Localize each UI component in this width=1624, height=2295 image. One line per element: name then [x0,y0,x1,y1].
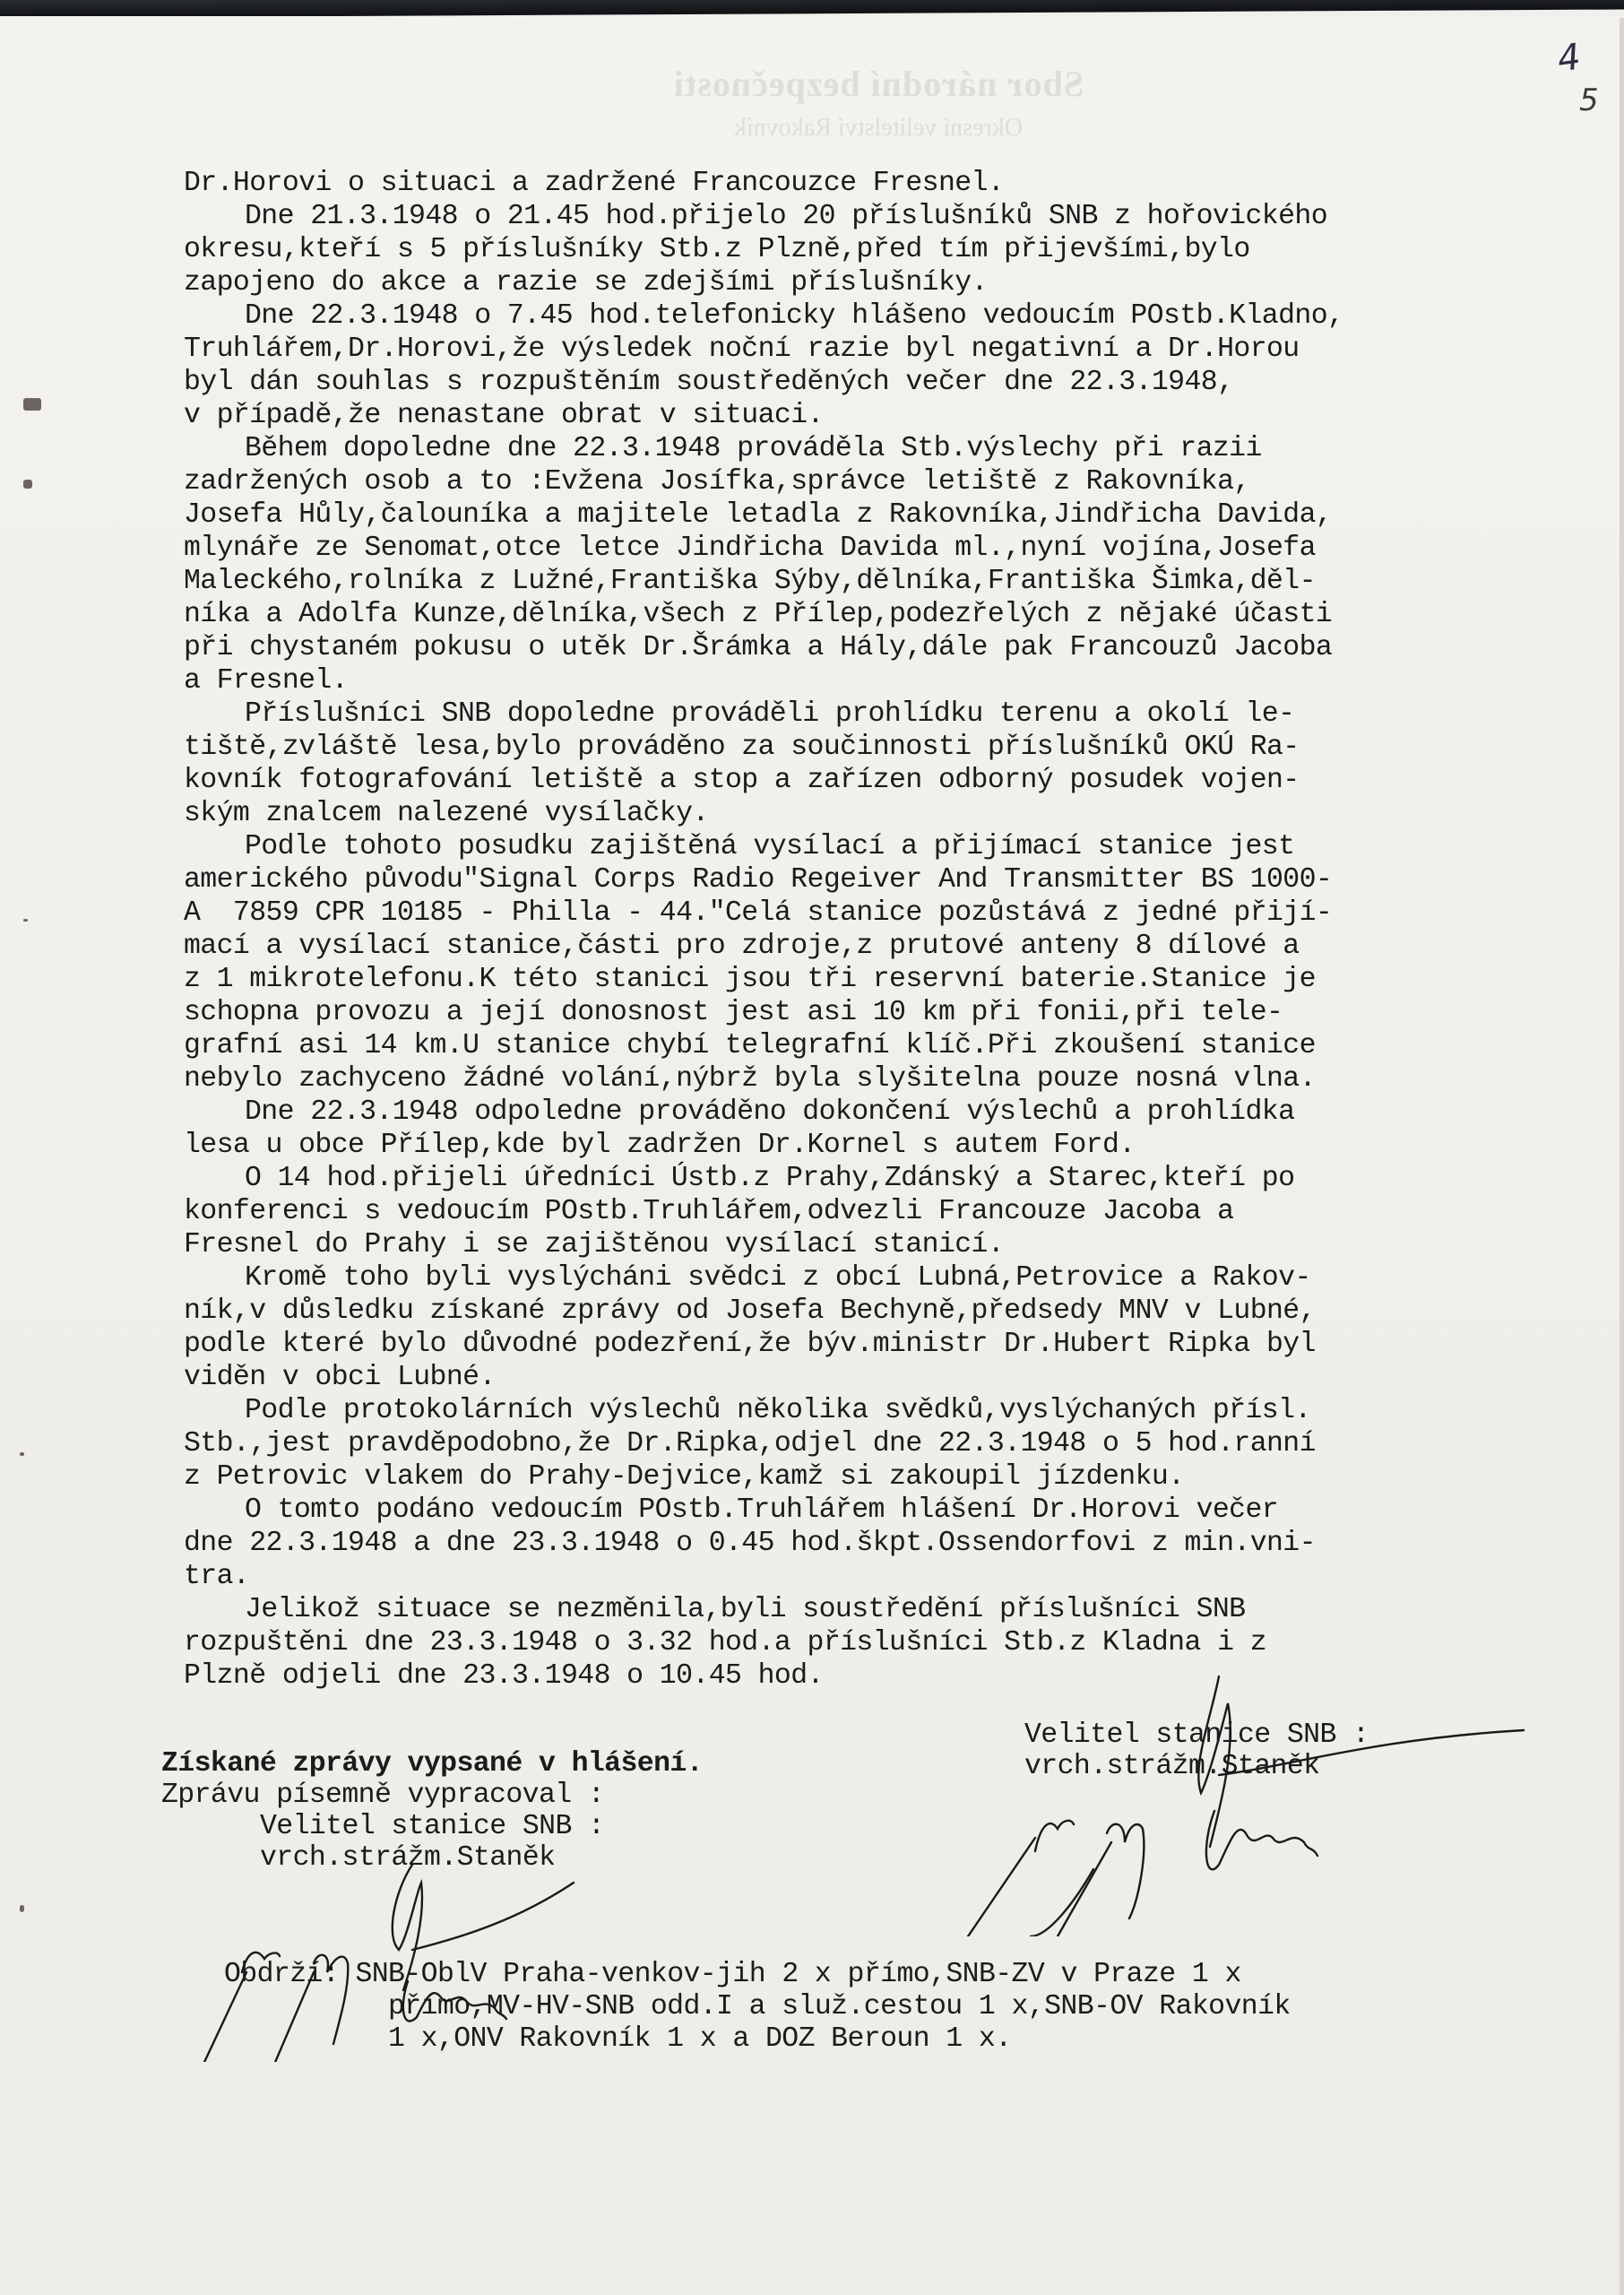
body-line: schopna provozu a její donosnost jest as… [184,996,1582,1029]
body-line: zapojeno do akce a razie se zdejšími pří… [184,266,1582,299]
body-line: dne 22.3.1948 a dne 23.3.1948 o 0.45 hod… [184,1527,1582,1560]
body-line: okresu,kteří s 5 příslušníky Stb.z Plzně… [184,233,1582,266]
body-line: grafní asi 14 km.U stanice chybí telegra… [184,1029,1582,1062]
body-line: A 7859 CPR 10185 - Philla - 44."Celá sta… [184,896,1582,930]
body-line: konferenci s vedoucím POstb.Truhlářem,od… [184,1195,1582,1228]
recipients-label: Obdrží: [224,1959,339,1990]
body-line: Josefa Hůly,čalouníka a majitele letadla… [184,498,1582,532]
body-line: mací a vysílací stanice,části pro zdroje… [184,930,1582,963]
body-line: Maleckého,rolníka z Lužné,Františka Sýby… [184,565,1582,598]
body-line: viděn v obci Lubné. [184,1361,1582,1394]
body-line: Jelikož situace se nezměnila,byli soustř… [184,1593,1582,1626]
signatory-name: vrch.strážm.Staněk [1024,1751,1369,1782]
body-line: Dne 21.3.1948 o 21.45 hod.přijelo 20 pří… [184,200,1582,233]
report-note: Získané zprávy vypsané v hlášení. [161,1748,703,1780]
body-line: ským znalcem nalezené vysílačky. [184,797,1582,830]
recipients-line-2: přímo,MV-HV-SNB odd.I a služ.cestou 1 x,… [224,1991,1291,2023]
body-line: a Fresnel. [184,664,1582,697]
body-line: amerického původu"Signal Corps Radio Reg… [184,863,1582,896]
body-line: tiště,zvláště lesa,bylo prováděno za sou… [184,731,1582,764]
body-line: Dr.Horovi o situaci a zadržené Francouzc… [184,167,1582,200]
scanner-top-edge [0,0,1624,18]
recipients-line-3: 1 x,ONV Rakovník 1 x a DOZ Beroun 1 x. [224,2023,1291,2056]
faded-stamp: Sbor národní bezpečnosti Okresní velitel… [627,63,1129,143]
report-body: Dr.Horovi o situaci a zadržené Francouzc… [184,167,1582,1693]
body-line: při chystaném pokusu o utěk Dr.Šrámka a … [184,631,1582,664]
body-line: Fresnel do Prahy i se zajištěnou vysílac… [184,1228,1582,1261]
signatory-title: Velitel stanice SNB : [1024,1719,1369,1751]
hole-punch-mark [23,480,32,489]
hole-punch-mark [23,398,41,411]
body-line: Kromě toho byli vyslýcháni svědci z obcí… [184,1261,1582,1295]
signature-block-left: Získané zprávy vypsané v hlášení. Zprávu… [161,1748,703,1874]
stamp-line-2: Okresní velitelství Rakovník [627,114,1129,143]
page-number-handwritten-bottom: 5 [1579,82,1599,118]
body-line: Truhlářem,Dr.Horovi,že výsledek noční ra… [184,333,1582,366]
signature-block-right: Velitel stanice SNB : vrch.strážm.Staněk [1024,1719,1369,1782]
signatory-title: Velitel stanice SNB : [161,1811,703,1842]
body-line: Plzně odjeli dne 23.3.1948 o 10.45 hod. [184,1659,1582,1693]
body-line: z Petrovic vlakem do Prahy-Dejvice,kamž … [184,1460,1582,1494]
body-line: rozpuštěni dne 23.3.1948 o 3.32 hod.a př… [184,1626,1582,1659]
body-line: Dne 22.3.1948 o 7.45 hod.telefonicky hlá… [184,299,1582,333]
margin-dot [20,1452,24,1456]
recipient-text: SNB-OblV Praha-venkov-jih 2 x přímo,SNB-… [355,1959,1240,1990]
body-line: kovník fotografování letiště a stop a za… [184,764,1582,797]
recipients-list: Obdrží: SNB-OblV Praha-venkov-jih 2 x př… [224,1959,1291,2056]
body-line: v případě,že nenastane obrat v situaci. [184,399,1582,432]
body-line: podle které bylo důvodné podezření,že bý… [184,1328,1582,1361]
body-line: Podle tohoto posudku zajištěná vysílací … [184,830,1582,863]
prepared-by-label: Zprávu písemně vypracoval : [161,1780,703,1811]
body-line: z 1 mikrotelefonu.K této stanici jsou tř… [184,963,1582,996]
body-line: O 14 hod.přijeli úředníci Ústb.z Prahy,Z… [184,1162,1582,1195]
body-line: zadržených osob a to :Evžena Josífka,spr… [184,465,1582,498]
body-line: Dne 22.3.1948 odpoledne prováděno dokonč… [184,1096,1582,1129]
body-line: O tomto podáno vedoucím POstb.Truhlářem … [184,1494,1582,1527]
body-line: Stb.,jest pravděpodobno,že Dr.Ripka,odje… [184,1427,1582,1460]
body-line: Během dopoledne dne 22.3.1948 prováděla … [184,432,1582,465]
body-line: byl dán souhlas s rozpuštěním soustředěn… [184,366,1582,399]
body-line: nebylo zachyceno žádné volání,nýbrž byla… [184,1062,1582,1096]
body-line: mlynáře ze Senomat,otce letce Jindřicha … [184,532,1582,565]
recipients-line-1: Obdrží: SNB-OblV Praha-venkov-jih 2 x př… [224,1959,1291,1991]
body-line: tra. [184,1560,1582,1593]
body-line: Podle protokolárních výslechů několika s… [184,1394,1582,1427]
body-line: lesa u obce Přílep,kde byl zadržen Dr.Ko… [184,1129,1582,1162]
body-line: níka a Adolfa Kunze,dělníka,všech z Příl… [184,598,1582,631]
page-right-edge [1620,18,1624,2295]
signatory-name: vrch.strážm.Staněk [161,1842,703,1874]
stamp-line-1: Sbor národní bezpečnosti [627,63,1129,105]
margin-dot [20,1905,24,1912]
margin-dot [23,919,28,922]
body-line: ník,v důsledku získané zprávy od Josefa … [184,1295,1582,1328]
body-line: Příslušníci SNB dopoledne prováděli proh… [184,697,1582,731]
